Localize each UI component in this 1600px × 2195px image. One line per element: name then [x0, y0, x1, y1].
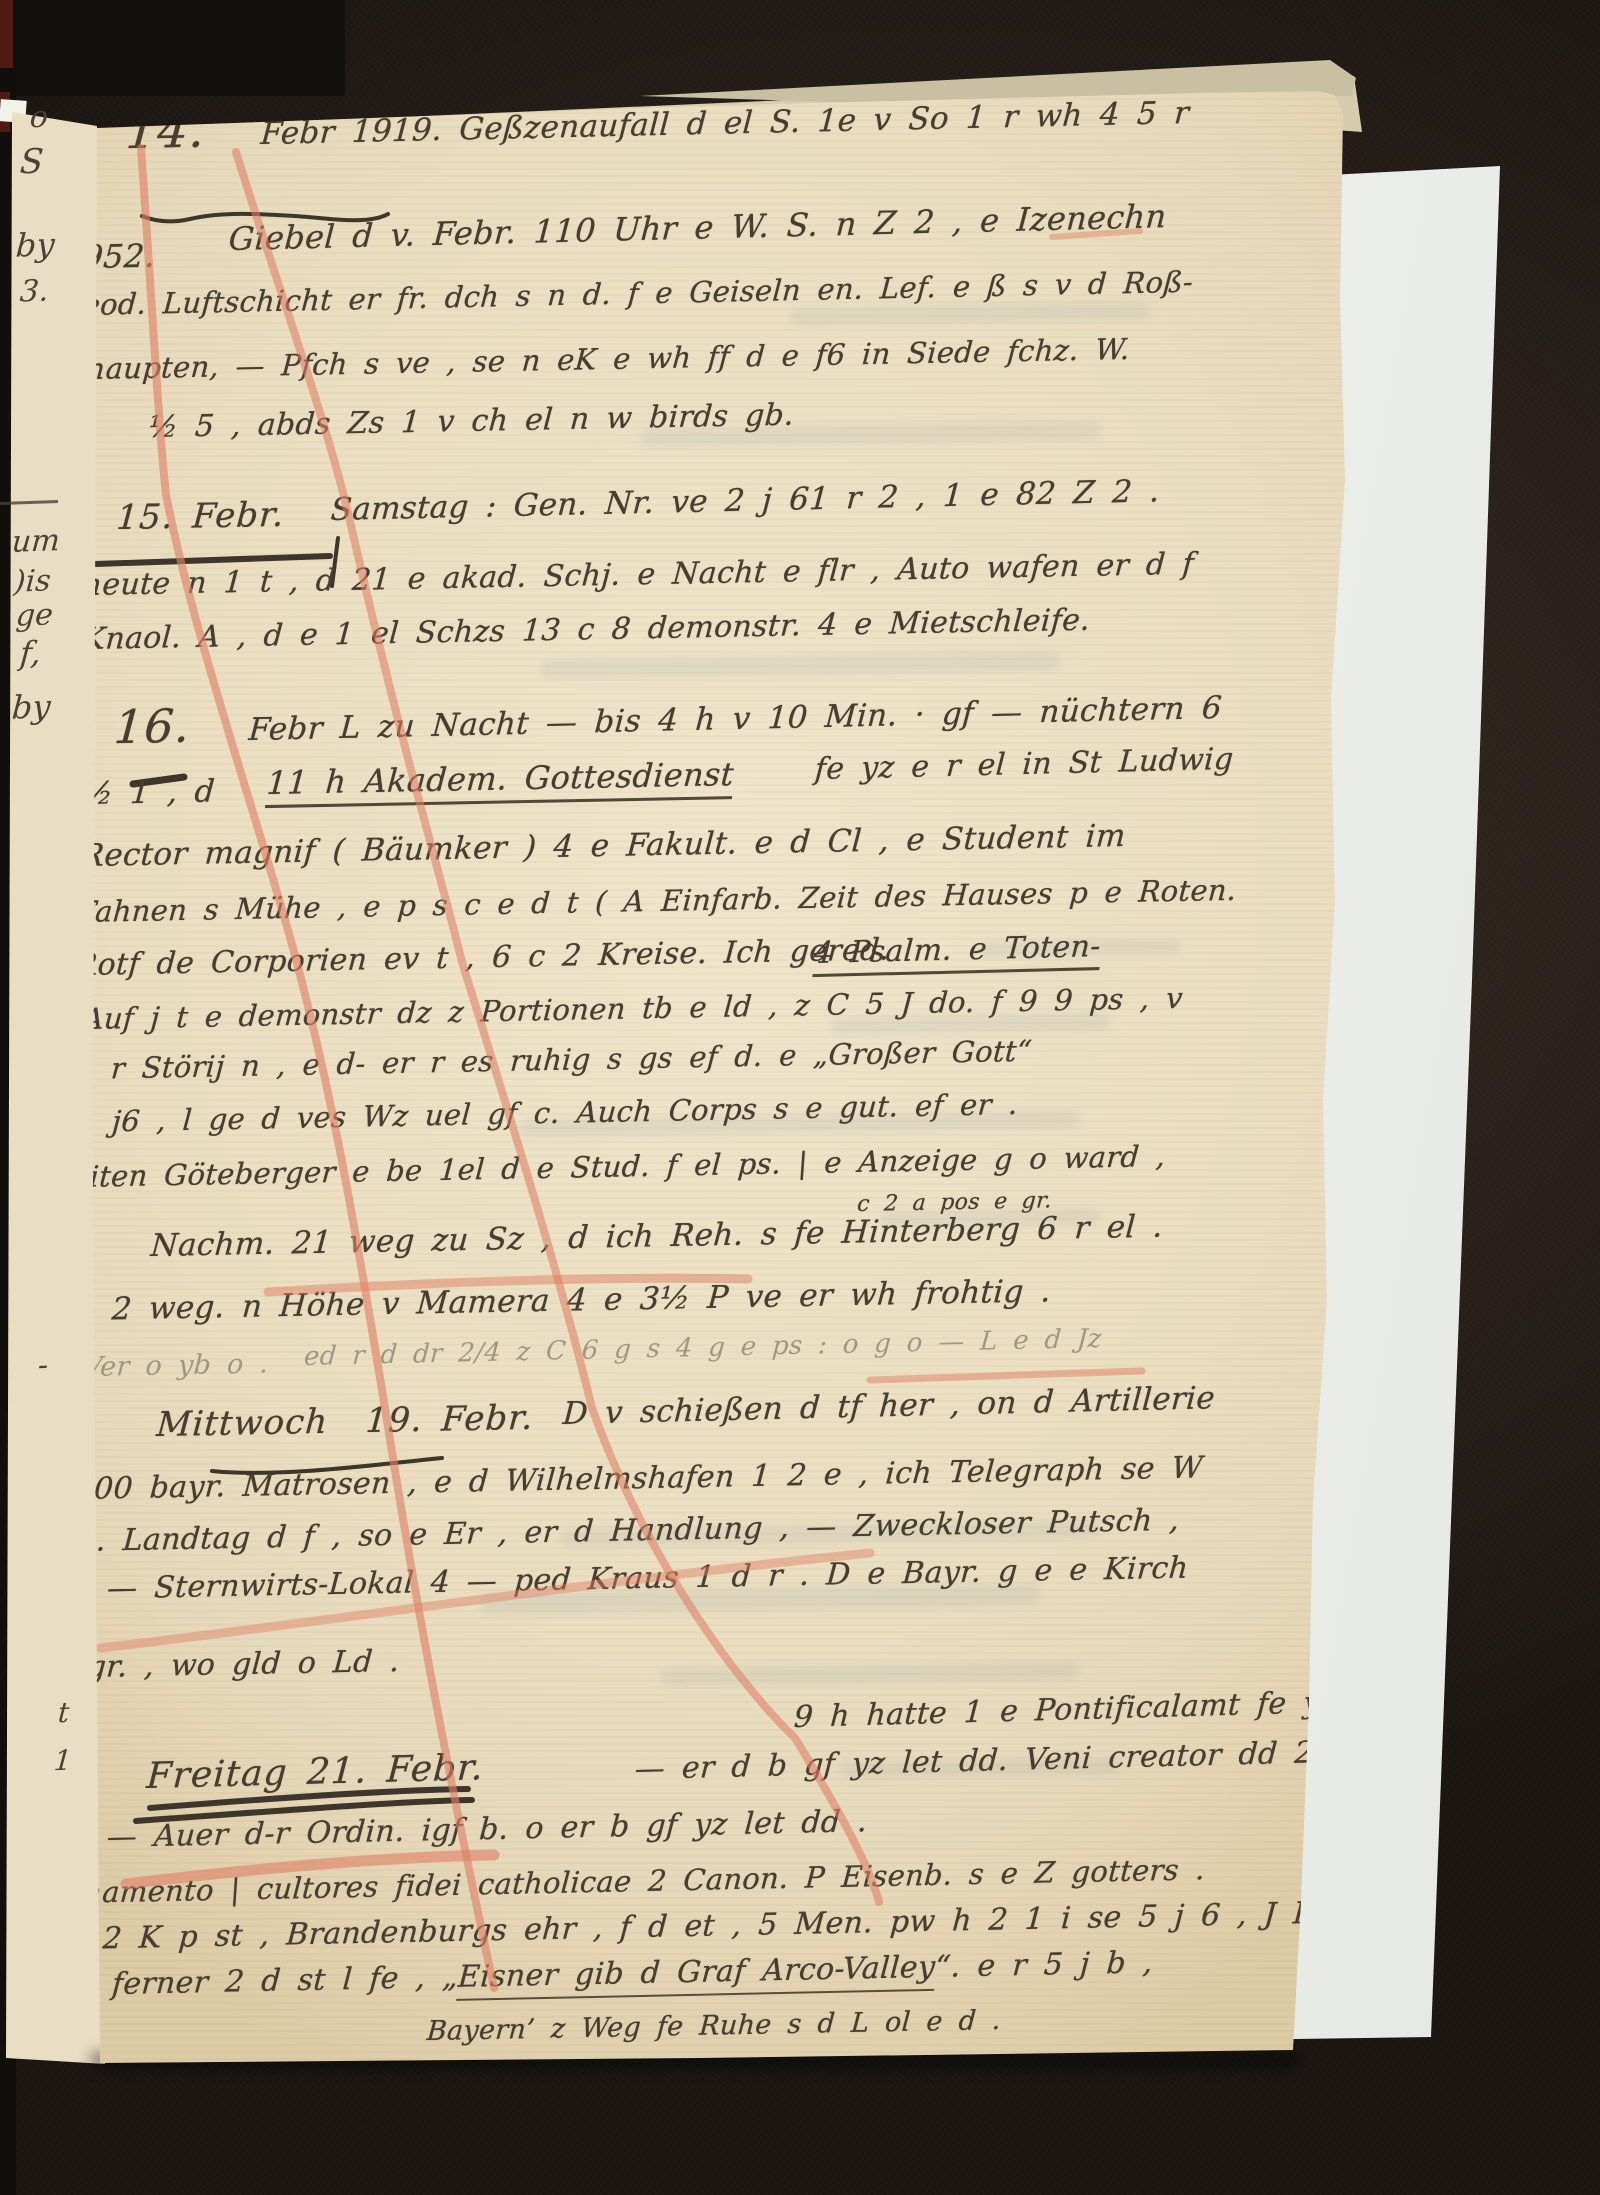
- margin-fragment: t: [57, 1696, 71, 1729]
- scanned-diary-photo: o S by 3. um )is ge f, by - t 1: [0, 0, 1600, 2195]
- red-horizontal-stroke-4: [126, 1855, 494, 1884]
- red-horizontal-stroke-2: [870, 1371, 1142, 1380]
- red-horizontal-stroke-5: [1052, 231, 1140, 237]
- binding-red-mark: [0, 0, 13, 68]
- red-crossout-diagonal-right: [236, 152, 879, 1902]
- margin-fragment: o: [29, 100, 50, 136]
- margin-fragment: by: [15, 225, 56, 264]
- red-horizontal-stroke-3: [100, 1553, 870, 1648]
- margin-fragment: f,: [19, 634, 43, 673]
- margin-fragment: um: [11, 523, 61, 560]
- margin-fragment: S: [19, 142, 45, 183]
- margin-fragment: )is: [13, 563, 52, 599]
- margin-fragment: by: [11, 687, 52, 726]
- dark-backdrop-corner: [0, 0, 345, 96]
- margin-fragment: ge: [15, 597, 55, 633]
- margin-fragment: 3.: [19, 274, 50, 310]
- margin-fragment: 1: [53, 1744, 73, 1778]
- red-horizontal-stroke-1: [268, 1278, 748, 1292]
- red-crossout-diagonal-left: [141, 148, 494, 1988]
